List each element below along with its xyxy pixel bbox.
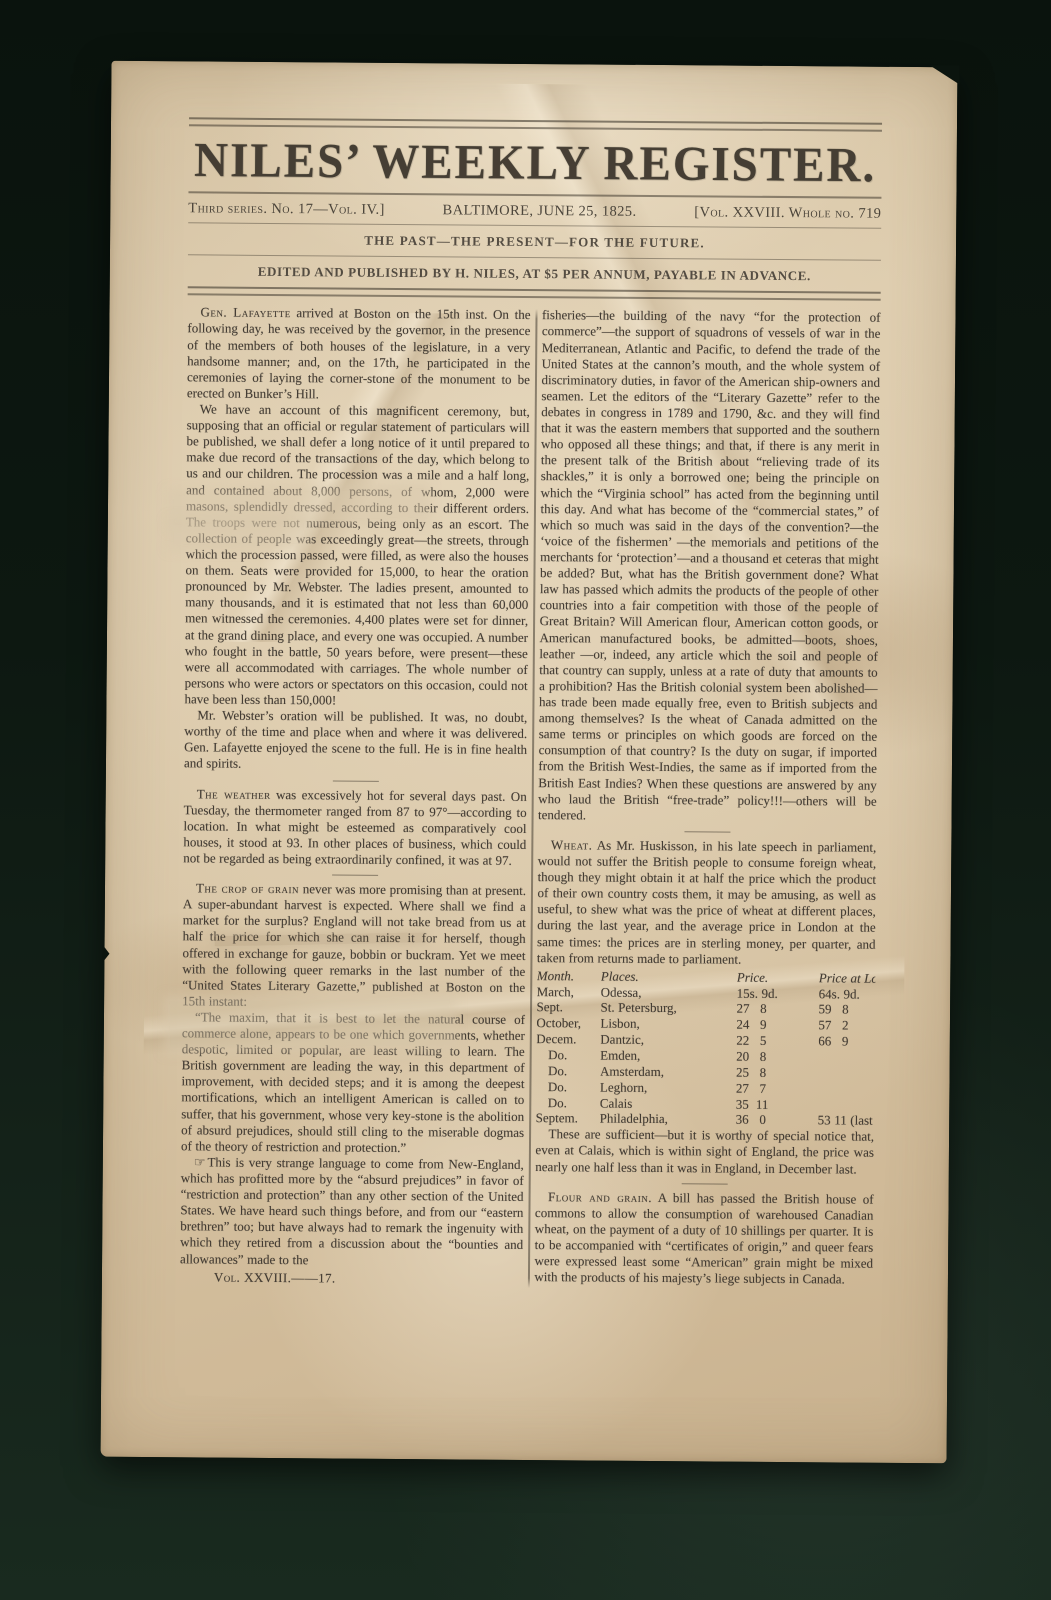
dateline: Third series. No. 17—Vol. IV.] BALTIMORE… xyxy=(188,201,881,223)
volume-footer: Vol. XXVIII.——17. xyxy=(214,1269,523,1288)
table-cell xyxy=(818,1049,875,1065)
city-date: BALTIMORE, JUNE 25, 1825. xyxy=(442,203,636,222)
wheat-price-table: Month. Places. Price. Price at London. M… xyxy=(536,968,876,1129)
publisher-line: EDITED AND PUBLISHED BY H. NILES, AT $5 … xyxy=(188,264,881,285)
series-left: Third series. No. 17—Vol. IV.] xyxy=(188,201,385,220)
newspaper-page: NILES’ WEEKLY REGISTER. Third series. No… xyxy=(101,61,958,1464)
body-columns: Gen. Lafayette arrived at Boston on the … xyxy=(180,305,881,1291)
table-header-london: Price at London. xyxy=(819,970,876,986)
paragraph-ceremony: We have an account of this magnificent c… xyxy=(184,401,529,710)
table-cell: 22 5 xyxy=(736,1033,818,1050)
table-cell: Do. xyxy=(536,1095,600,1111)
table-cell: Amsterdam, xyxy=(600,1063,736,1080)
paragraph-webster-oration: Mr. Webster’s oration will be published.… xyxy=(184,707,527,774)
paragraph-text: We have an account of this magnificent c… xyxy=(184,401,529,707)
paragraph-fisheries: fisheries—the building of the navy “for … xyxy=(538,307,881,825)
table-cell: 27 8 xyxy=(737,1001,819,1018)
section-divider xyxy=(684,831,730,832)
table-cell xyxy=(818,1097,875,1113)
table-cell: 27 7 xyxy=(736,1080,818,1097)
paragraph-lead: Flour and grain. xyxy=(548,1189,652,1205)
paragraph-lead: Wheat. xyxy=(551,837,593,852)
paragraph-editor-reply: ☞This is very strange language to come f… xyxy=(180,1154,524,1269)
table-cell: 57 2 xyxy=(818,1018,875,1034)
table-cell: 35 11 xyxy=(736,1096,818,1113)
paragraph-text: “The maxim, that it is best to let the n… xyxy=(181,1009,525,1155)
table-cell xyxy=(818,1081,875,1097)
table-header-places: Places. xyxy=(601,968,737,985)
paragraph-text: As Mr. Huskisson, in his late speech in … xyxy=(537,837,876,966)
section-divider xyxy=(681,1183,727,1184)
table-header-price: Price. xyxy=(737,969,819,986)
paragraph-text: These are sufficient—but it is worthy of… xyxy=(535,1126,874,1176)
manicule-icon: ☞ xyxy=(194,1154,208,1169)
table-cell: Dantzic, xyxy=(600,1032,736,1049)
paragraph-text: never was more promising than at present… xyxy=(182,881,526,1008)
paragraph-lead: The crop of grain xyxy=(196,880,299,896)
paragraph-weather: The weather was excessively hot for seve… xyxy=(183,786,527,869)
motto-rule xyxy=(188,255,881,261)
series-right: [Vol. XXVIII. Whole no. 719 xyxy=(694,205,881,223)
paragraph-text: Mr. Webster’s oration will be published.… xyxy=(184,707,527,771)
masthead-rule xyxy=(188,192,881,199)
table-cell: Do. xyxy=(536,1079,600,1095)
paragraph-crop-of-grain: The crop of grain never was more promisi… xyxy=(182,880,526,1012)
section-divider xyxy=(332,780,378,781)
table-cell: 15s. 9d. xyxy=(737,985,819,1002)
table-cell: 53 11 (last week) xyxy=(818,1113,875,1129)
masthead-top-rule xyxy=(189,117,882,131)
folded-corner xyxy=(929,65,959,84)
table-cell: Leghorn, xyxy=(600,1079,736,1096)
table-cell: Philadelphia, xyxy=(600,1111,736,1128)
table-cell: St. Petersburg, xyxy=(601,1000,737,1017)
table-cell: 64s. 9d. xyxy=(819,986,876,1002)
table-cell: Do. xyxy=(536,1063,600,1079)
motto: THE PAST—THE PRESENT—FOR THE FUTURE. xyxy=(188,232,881,253)
paragraph-calais-notice: These are sufficient—but it is worthy of… xyxy=(535,1126,874,1177)
table-cell: Decem. xyxy=(536,1031,600,1047)
dateline-rule xyxy=(188,223,881,229)
paragraph-text: This is very strange language to come fr… xyxy=(180,1154,524,1266)
paragraph-lead: The weather xyxy=(197,786,271,802)
masthead-title: NILES’ WEEKLY REGISTER. xyxy=(189,135,882,192)
paragraph-lafayette: Gen. Lafayette arrived at Boston on the … xyxy=(187,305,531,404)
table-cell: 24 9 xyxy=(736,1017,818,1034)
table-cell: October, xyxy=(536,1015,600,1031)
table-header-month: Month. xyxy=(537,968,601,984)
table-cell: Odessa, xyxy=(601,984,737,1001)
table-cell: Sept. xyxy=(537,1000,601,1016)
table-cell: 36 0 xyxy=(736,1112,818,1129)
table-cell: 59 8 xyxy=(819,1002,876,1018)
table-cell: Calais xyxy=(600,1095,736,1112)
table-cell: 25 8 xyxy=(736,1065,818,1082)
table-cell: Do. xyxy=(536,1047,600,1063)
photo-background: NILES’ WEEKLY REGISTER. Third series. No… xyxy=(0,0,1051,1600)
printed-content: NILES’ WEEKLY REGISTER. Third series. No… xyxy=(180,117,882,1290)
masthead-bottom-rule xyxy=(188,287,881,301)
table-cell: 66 9 xyxy=(818,1033,875,1049)
table-cell: Emden, xyxy=(600,1048,736,1065)
table-cell: March, xyxy=(537,984,601,1000)
paragraph-gazette-quote: “The maxim, that it is best to let the n… xyxy=(181,1009,525,1157)
table-cell xyxy=(818,1065,875,1081)
paragraph-text: fisheries—the building of the navy “for … xyxy=(538,307,881,822)
table-cell: 20 8 xyxy=(736,1049,818,1066)
table-cell: Lisbon, xyxy=(600,1016,736,1033)
right-column: fisheries—the building of the navy “for … xyxy=(534,307,880,1290)
table-cell: Septem. xyxy=(536,1111,600,1127)
section-divider xyxy=(332,875,378,876)
paragraph-wheat: Wheat. As Mr. Huskisson, in his late spe… xyxy=(537,837,877,969)
paragraph-flour-and-grain: Flour and grain. A bill has passed the B… xyxy=(534,1189,873,1288)
torn-edge-notch xyxy=(102,945,109,963)
left-column: Gen. Lafayette arrived at Boston on the … xyxy=(180,305,531,1288)
paragraph-lead: Gen. Lafayette xyxy=(200,305,290,321)
